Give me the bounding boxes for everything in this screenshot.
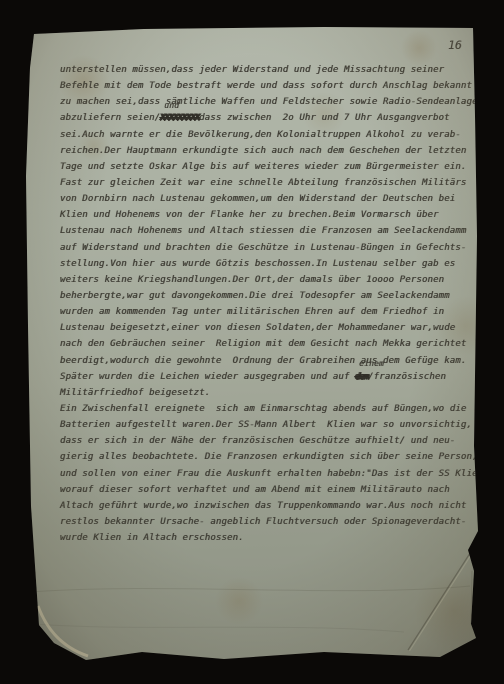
text-line: zu machen sei,dass sämtliche Waffen und … <box>60 94 470 110</box>
struck-out-text: XXXXXXXXX <box>160 113 199 123</box>
text-line: gierig alles beobachtete. Die Franzosen … <box>60 449 470 465</box>
text-line: wurde Klien in Altach erschossen. <box>60 530 470 546</box>
scan-background: { "colors": { "background": "#0b0907", "… <box>0 0 504 684</box>
document-page: 16 unterstellen müssen,dass jeder Widers… <box>24 26 478 660</box>
text-line: wurden am kommenden Tag unter militärisc… <box>60 304 470 320</box>
text-line-with-correction: Später wurden die Leichen wieder ausgegr… <box>60 369 470 385</box>
text-line: auf Widerstand und brachten die Geschütz… <box>60 240 470 256</box>
text-line: Lustenau nach Hohenems und Altach stiess… <box>60 223 470 239</box>
text-line: nach den Gebräuchen seiner Religion mit … <box>60 336 470 352</box>
text-line: dass er sich in der Nähe der französisch… <box>60 433 470 449</box>
text-line: Klien und Hohenems von der Flanke her zu… <box>60 207 470 223</box>
text-line: Altach geführt wurde,wo inzwischen das T… <box>60 498 470 514</box>
text-line: sei.Auch warnte er die Bevölkerung,den K… <box>60 127 470 143</box>
typed-correction: undXXXXXXXXX <box>160 110 199 126</box>
text-line: reichen.Der Hauptmann erkundigte sich au… <box>60 143 470 159</box>
struck-out-text: dem <box>355 372 368 382</box>
text-line: Ein Zwischenfall ereignete sich am Einma… <box>60 401 470 417</box>
text-line: unterstellen müssen,dass jeder Widerstan… <box>60 62 470 78</box>
text-line: beerdigt,wodurch die gewohnte Ordnung de… <box>60 353 470 369</box>
correction-post-text: dass zwischen 2o Uhr und 7 Uhr Ausgangve… <box>199 113 450 123</box>
text-line: Fast zur gleichen Zeit war eine schnelle… <box>60 175 470 191</box>
correction-post-text: /französischen <box>368 372 446 382</box>
text-line: von Dornbirn nach Lustenau gekommen,um d… <box>60 191 470 207</box>
text-line: weiters keine Kriegshandlungen.Der Ort,d… <box>60 272 470 288</box>
text-line: restlos bekannter Ursache- angeblich Flu… <box>60 514 470 530</box>
text-line: Militärfriedhof beigesetzt. <box>60 385 470 401</box>
text-line: Befehle mit dem Tode bestraft werde und … <box>60 78 470 94</box>
text-line: stellung.Von hier aus wurde Götzis besch… <box>60 256 470 272</box>
text-line: beherbergte,war gut davongekommen.Die dr… <box>60 288 470 304</box>
inserted-word: und <box>164 102 179 110</box>
page-number: 16 <box>448 38 462 52</box>
text-line: und sollen von einer Frau die Auskunft e… <box>60 466 470 482</box>
document-text: unterstellen müssen,dass jeder Widerstan… <box>60 62 470 546</box>
inserted-word: einem <box>359 360 384 368</box>
correction-pre-text: Später wurden die Leichen wieder ausgegr… <box>60 372 355 382</box>
text-line-with-correction: abzuliefern seien/undXXXXXXXXXdass zwisc… <box>60 110 470 126</box>
text-line: worauf dieser sofort verhaftet und am Ab… <box>60 482 470 498</box>
correction-pre-text: abzuliefern seien/ <box>60 113 160 123</box>
typed-correction: einemdem <box>355 369 368 385</box>
text-line: Batterien aufgestellt waren.Der SS-Mann … <box>60 417 470 433</box>
text-line: Lustenau beigesetzt,einer von diesen Sol… <box>60 320 470 336</box>
text-line: Tage und setzte Oskar Alge bis auf weite… <box>60 159 470 175</box>
